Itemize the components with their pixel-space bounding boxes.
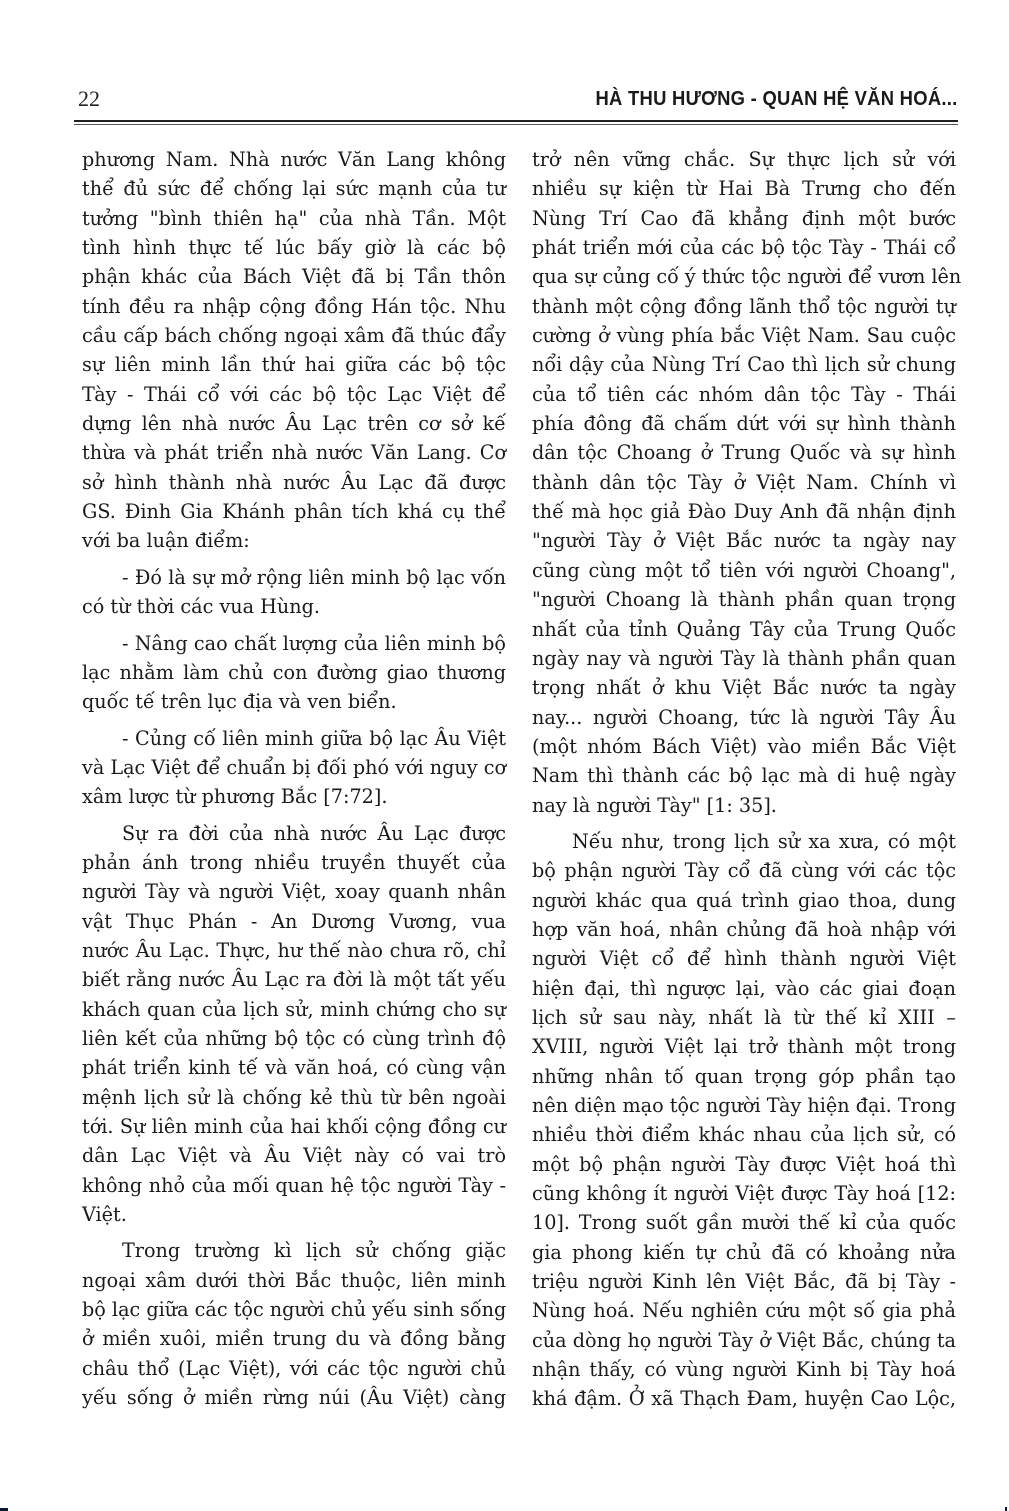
text-line: liên kết của những bộ tộc có cùng trình … [82, 1024, 506, 1053]
text-line: một bộ phận người Tày được Việt hoá thì [532, 1150, 956, 1179]
text-line: nhất của tỉnh Quảng Tây của Trung Quốc [532, 615, 956, 644]
text-line: cũng không ít người Việt được Tày hoá [1… [532, 1179, 956, 1208]
text-line: Tày - Thái cổ với các bộ tộc Lạc Việt để [82, 380, 506, 409]
text-line: và Lạc Việt để chuẩn bị đối phó với nguy… [82, 753, 506, 782]
text-line: nhiều sự kiện từ Hai Bà Trưng cho đến [532, 174, 956, 203]
text-line: (một nhóm Bách Việt) vào miền Bắc Việt [532, 732, 956, 761]
text-line: GS. Đinh Gia Khánh phân tích khá cụ thể [82, 497, 506, 526]
text-line: triệu người Kinh lên Việt Bắc, đã bị Tày… [532, 1267, 956, 1296]
text-line: sự liên minh lần thứ hai giữa các bộ tộc [82, 350, 506, 379]
text-line: nổi dậy của Nùng Trí Cao thì lịch sử chu… [532, 350, 956, 379]
text-line: thành dân tộc Tày ở Việt Nam. Chính vì [532, 468, 956, 497]
text-line: mệnh lịch sử là chống kẻ thù từ bên ngoà… [82, 1083, 506, 1112]
text-line: Sự ra đời của nhà nước Âu Lạc được [82, 819, 506, 848]
text-line: của tổ tiên các nhóm dân tộc Tày - Thái [532, 380, 956, 409]
text-line: XVIII, người Việt lại trở thành một tron… [532, 1032, 956, 1061]
text-line: phản ánh trong nhiều truyền thuyết của [82, 848, 506, 877]
text-line: hợp văn hoá, nhân chủng đã hoà nhập với [532, 915, 956, 944]
scan-mark [1005, 1507, 1007, 1511]
text-line: Việt. [82, 1200, 506, 1229]
text-line: cũng cùng một tổ tiên với người Choang", [532, 556, 956, 585]
text-line: tình hình thực tế lúc bấy giờ là các bộ [82, 233, 506, 262]
bullet-line: - Củng cố liên minh giữa bộ lạc Âu Việt [82, 724, 506, 753]
text-line: ngoại xâm dưới thời Bắc thuộc, liên minh [82, 1266, 506, 1295]
text-line: "người Choang là thành phần quan trọng [532, 585, 956, 614]
text-line: 10]. Trong suốt gần mười thế kỉ của quốc [532, 1208, 956, 1237]
text-line: thừa và phát triển nhà nước Văn Lang. Cơ [82, 438, 506, 467]
text-line: cầu cấp bách chống ngoại xâm đã thúc đẩy [82, 321, 506, 350]
text-line: không nhỏ của mối quan hệ tộc người Tày … [82, 1171, 506, 1200]
text-line: phận khác của Bách Việt đã bị Tần thôn [82, 262, 506, 291]
text-line: qua sự củng cố ý thức tộc người để vươn … [532, 262, 956, 291]
text-line: có từ thời các vua Hùng. [82, 592, 506, 621]
text-line: trở nên vững chắc. Sự thực lịch sử với [532, 145, 956, 174]
text-line: phát triển mới của các bộ tộc Tày - Thái… [532, 233, 956, 262]
header-rule-thin [74, 124, 958, 125]
text-line: nhận thấy, có vùng người Kinh bị Tày hoá [532, 1355, 956, 1384]
text-line: người khác qua quá trình giao thoa, dung [532, 886, 956, 915]
page-header: 22 HÀ THU HƯƠNG - QUAN HỆ VĂN HOÁ... [78, 86, 958, 116]
text-line: nhiều thời điểm khác nhau của lịch sử, c… [532, 1120, 956, 1149]
bullet-line: - Nâng cao chất lượng của liên minh bộ [82, 629, 506, 658]
text-line: xâm lược từ phương Bắc [7:72]. [82, 782, 506, 811]
text-line: Nùng hoá. Nếu nghiên cứu một số gia phả [532, 1296, 956, 1325]
text-line: khách quan của lịch sử, minh chứng cho s… [82, 995, 506, 1024]
text-line: nay là người Tày" [1: 35]. [532, 791, 956, 820]
text-line: sở hình thành nhà nước Âu Lạc đã được [82, 468, 506, 497]
text-line: lịch sử sau này, nhất là từ thế kỉ XIII … [532, 1003, 956, 1032]
left-column: phương Nam. Nhà nước Văn Lang không thể … [82, 145, 506, 1412]
text-line: tưởng "bình thiên hạ" của nhà Tần. Một [82, 204, 506, 233]
text-line: nước Âu Lạc. Thực, hư thế nào chưa rõ, c… [82, 936, 506, 965]
text-line: tới. Sự liên minh của hai khối cộng đồng… [82, 1112, 506, 1141]
text-line: phương Nam. Nhà nước Văn Lang không [82, 145, 506, 174]
right-column: trở nên vững chắc. Sự thực lịch sử với n… [532, 145, 956, 1414]
text-line: những nhân tố quan trọng góp phần tạo [532, 1062, 956, 1091]
text-line: khá đậm. Ở xã Thạch Đam, huyện Cao Lộc, [532, 1384, 956, 1413]
text-line: hiện đại, thì ngược lại, vào các giai đo… [532, 974, 956, 1003]
text-line: dựng lên nhà nước Âu Lạc trên cơ sở kế [82, 409, 506, 438]
text-line: dân tộc Choang ở Trung Quốc và sự hình [532, 438, 956, 467]
page-number: 22 [78, 86, 100, 112]
text-line: phát triển kinh tế và văn hoá, có cùng v… [82, 1053, 506, 1082]
text-line: thành một cộng đồng lãnh thổ tộc người t… [532, 292, 956, 321]
text-line: ở miền xuôi, miền trung du và đồng bằng [82, 1324, 506, 1353]
text-line: người Tày và người Việt, xoay quanh nhân [82, 877, 506, 906]
text-line: phía đông đã chấm dứt với sự hình thành [532, 409, 956, 438]
text-line: Nếu như, trong lịch sử xa xưa, có một [532, 827, 956, 856]
text-line: bộ lạc giữa các tộc người chủ yếu sinh s… [82, 1295, 506, 1324]
text-line: gia phong kiến tự chủ đã có khoảng nửa [532, 1238, 956, 1267]
running-title: HÀ THU HƯƠNG - QUAN HỆ VĂN HOÁ... [596, 88, 958, 111]
text-line: Nam thì thành các bộ lạc mà di huệ ngày [532, 761, 956, 790]
text-line: Trong trường kì lịch sử chống giặc [82, 1236, 506, 1265]
text-line: dân Lạc Việt và Âu Việt này có vai trò [82, 1141, 506, 1170]
text-line: nay... người Choang, tức là người Tây Âu [532, 703, 956, 732]
text-line: của dòng họ người Tày ở Việt Bắc, chúng … [532, 1326, 956, 1355]
text-line: với ba luận điểm: [82, 526, 506, 555]
text-line: "người Tày ở Việt Bắc nước ta ngày nay [532, 526, 956, 555]
text-line: biết rằng nước Âu Lạc ra đời là một tất … [82, 965, 506, 994]
header-rule [74, 120, 958, 122]
text-line: ngày nay và người Tày là thành phần quan [532, 644, 956, 673]
text-line: bộ phận người Tày cổ đã cùng với các tộc [532, 856, 956, 885]
text-line: quốc tế trên lục địa và ven biển. [82, 687, 506, 716]
text-line: Nùng Trí Cao đã khẳng định một bước [532, 204, 956, 233]
text-line: vật Thục Phán - An Dương Vương, vua [82, 907, 506, 936]
text-line: nên diện mạo tộc người Tày hiện đại. Tro… [532, 1091, 956, 1120]
text-line: thế mà học giả Đào Duy Anh đã nhận định [532, 497, 956, 526]
text-line: yếu sống ở miền rừng núi (Âu Việt) càng [82, 1383, 506, 1412]
text-line: người Việt cổ để hình thành người Việt [532, 944, 956, 973]
text-line: cường ở vùng phía bắc Việt Nam. Sau cuộc [532, 321, 956, 350]
text-line: lạc nhằm làm chủ con đường giao thương [82, 658, 506, 687]
text-line: châu thổ (Lạc Việt), với các tộc người c… [82, 1354, 506, 1383]
text-line: tính đều ra nhập cộng đồng Hán tộc. Nhu [82, 292, 506, 321]
bullet-line: - Đó là sự mở rộng liên minh bộ lạc vốn [82, 563, 506, 592]
text-line: thể đủ sức để chống lại sức mạnh của tư [82, 174, 506, 203]
text-line: trọng nhất ở khu Việt Bắc nước ta ngày [532, 673, 956, 702]
